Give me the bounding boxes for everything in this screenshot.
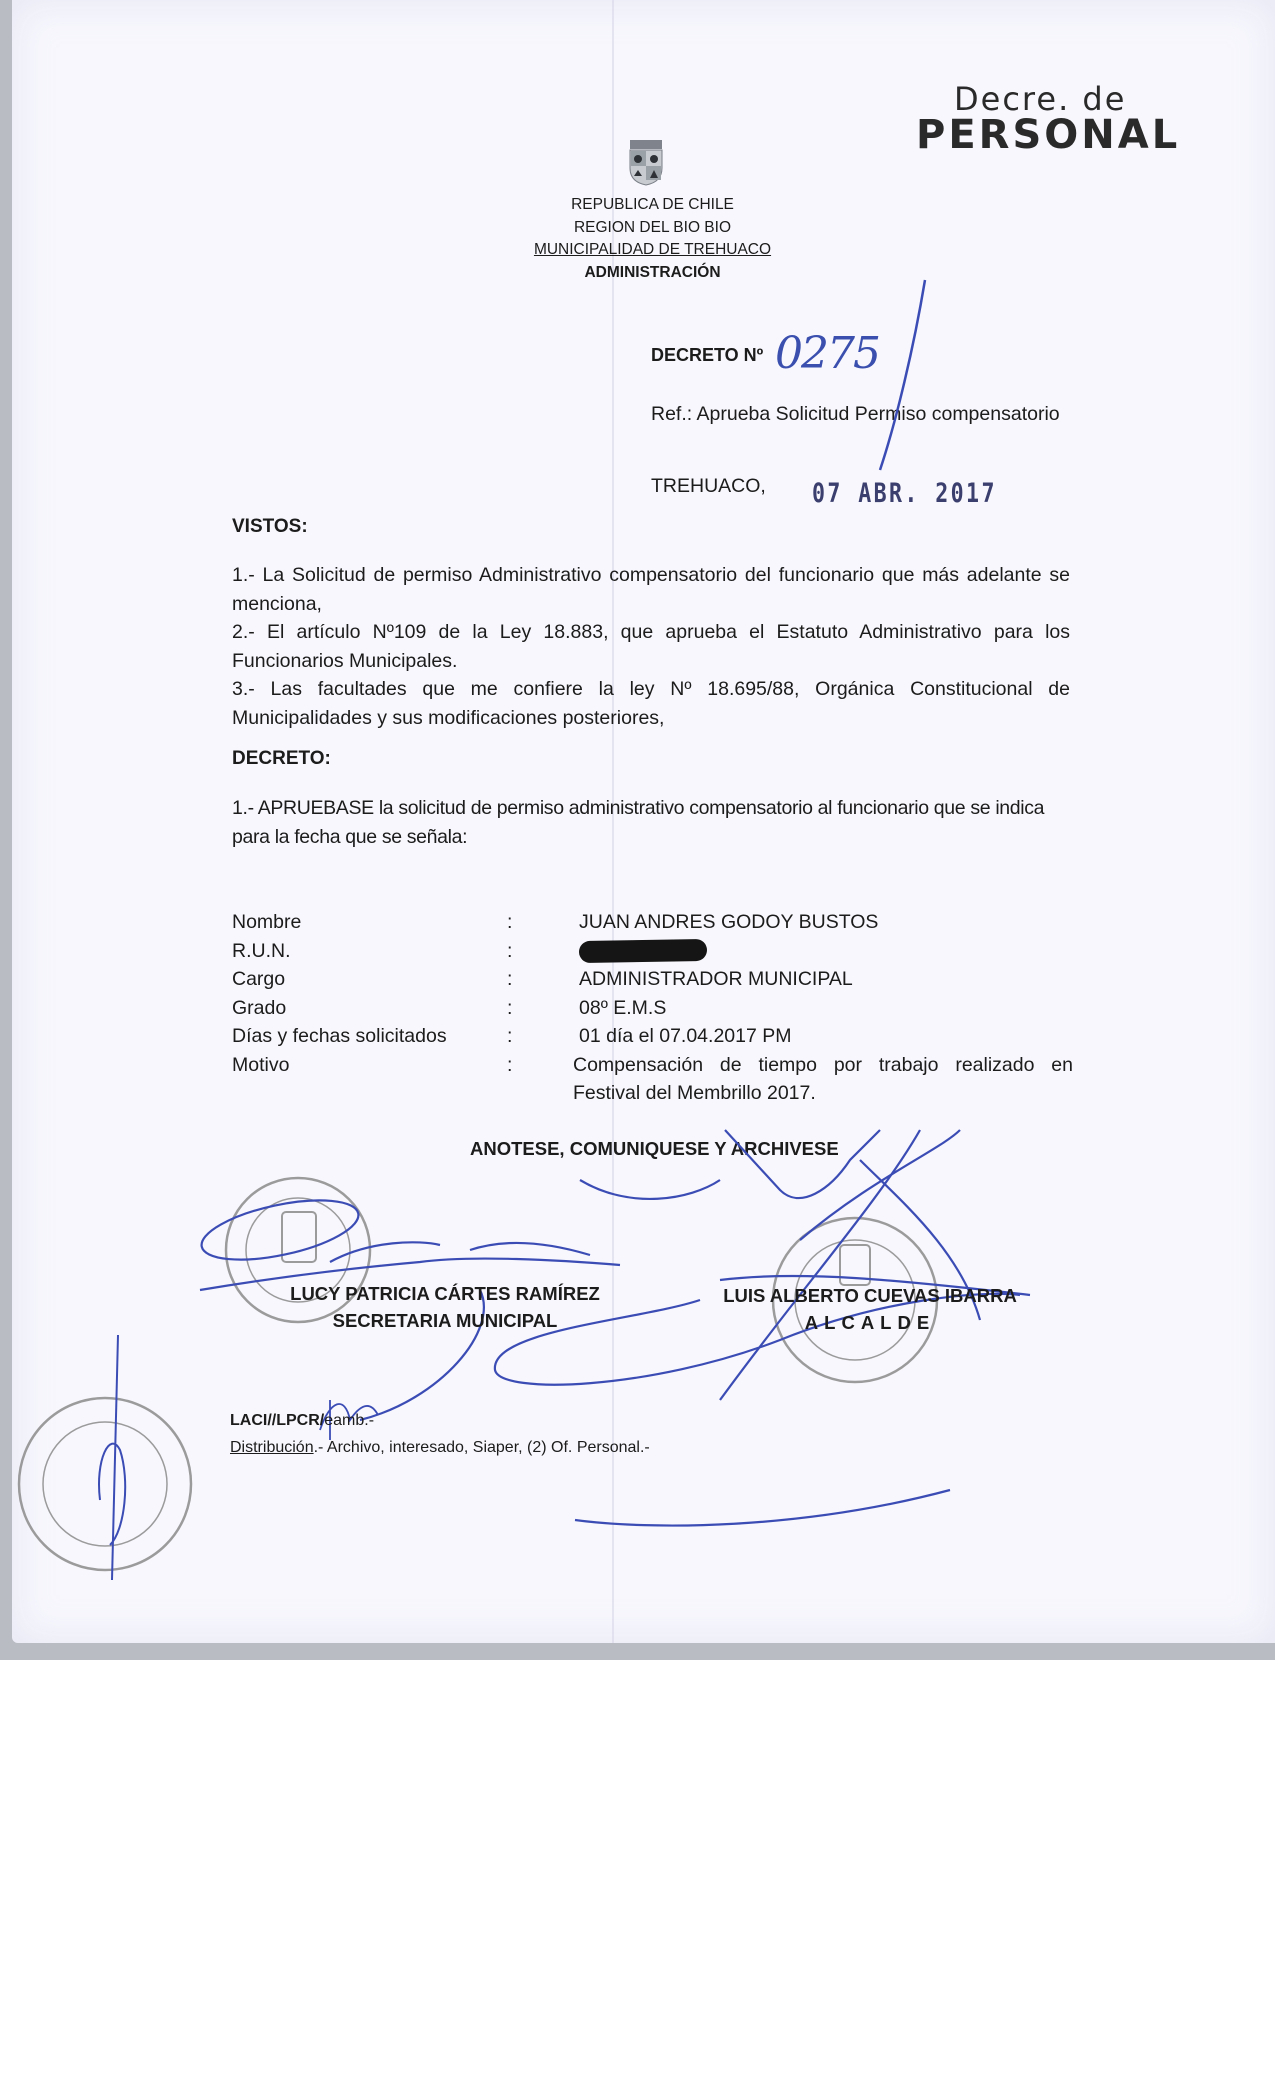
detail-value: 01 día el 07.04.2017 PM [579,1022,1079,1051]
decreto-heading: DECRETO: [232,748,331,770]
department: ADMINISTRACIÓN [500,262,805,285]
distribution-line: Distribución.- Archivo, interesado, Siap… [230,1439,650,1457]
detail-label: Grado [232,994,507,1023]
decreto-item-text: 1.- APRUEBASE la solicitud de permiso ad… [232,794,1070,851]
secretary-name: LUCY PATRICIA CÁRTES RAMÍREZ [235,1280,655,1307]
secretary-title: SECRETARIA MUNICIPAL [235,1307,655,1334]
decree-reference: Ref.: Aprueba Solicitud Permiso compensa… [651,403,1060,426]
detail-row: Grado : 08º E.M.S [232,994,1082,1023]
personal-decree-stamp: Decre. de PERSONAL [952,80,1192,158]
detail-separator: : [507,994,579,1023]
detail-label: Días y fechas solicitados [232,1022,507,1051]
distribution-text: .- Archivo, interesado, Siaper, (2) Of. … [314,1439,650,1456]
detail-row: Motivo : Compensación de tiempo por trab… [232,1051,1082,1108]
detail-label: Motivo [232,1051,507,1108]
detail-separator: : [507,1022,579,1051]
detail-value: 08º E.M.S [579,994,1079,1023]
mayor-name: LUIS ALBERTO CUEVAS IBARRA [705,1282,1035,1309]
drafting-initials: LACI//LPCR/eamb.- [230,1412,374,1430]
coat-of-arms-icon [626,140,666,186]
decree-number-handwritten: 0275 [775,328,879,379]
decree-number-label: DECRETO Nº [651,345,763,366]
mayor-title: ALCALDE [705,1309,1035,1336]
detail-value: ADMINISTRADOR MUNICIPAL [579,965,1079,994]
region: REGION DEL BIO BIO [500,217,805,240]
stamp-line2: PERSONAL [916,112,1192,158]
letterhead: REPUBLICA DE CHILE REGION DEL BIO BIO MU… [500,194,805,284]
detail-separator: : [507,908,579,937]
distribution-label: Distribución [230,1439,314,1456]
detail-value: JUAN ANDRES GODOY BUSTOS [579,908,1079,937]
detail-row: Días y fechas solicitados : 01 día el 07… [232,1022,1082,1051]
date-stamp: 07 ABR. 2017 [812,478,997,509]
detail-separator: : [507,937,579,966]
redaction-mark [579,939,707,963]
detail-label: Cargo [232,965,507,994]
detail-row: Nombre : JUAN ANDRES GODOY BUSTOS [232,908,1082,937]
detail-row: R.U.N. : [232,937,1082,966]
vistos-item: 1.- La Solicitud de permiso Administrati… [232,561,1070,618]
employee-details: Nombre : JUAN ANDRES GODOY BUSTOS R.U.N.… [232,908,1082,1108]
closing-formula: ANOTESE, COMUNIQUESE Y ARCHIVESE [470,1138,839,1160]
country: REPUBLICA DE CHILE [500,194,805,217]
decreto-item: 1.- APRUEBASE la solicitud de permiso ad… [232,794,1070,851]
detail-value [579,937,1079,966]
detail-label: R.U.N. [232,937,507,966]
vistos-item: 3.- Las facultades que me confiere la le… [232,675,1070,732]
decree-city: TREHUACO, [651,475,766,498]
detail-value: Compensación de tiempo por trabajo reali… [573,1051,1073,1108]
initials-code: LACI//LPCR/ [230,1412,324,1429]
detail-separator: : [507,965,579,994]
detail-row: Cargo : ADMINISTRADOR MUNICIPAL [232,965,1082,994]
vistos-list: 1.- La Solicitud de permiso Administrati… [232,561,1070,732]
detail-label: Nombre [232,908,507,937]
initials-suffix: eamb.- [324,1412,374,1429]
municipality: MUNICIPALIDAD DE TREHUACO [500,239,805,262]
detail-separator: : [507,1051,579,1108]
vistos-item: 2.- El artículo Nº109 de la Ley 18.883, … [232,618,1070,675]
secretary-signature-block: LUCY PATRICIA CÁRTES RAMÍREZ SECRETARIA … [235,1280,655,1334]
vistos-heading: VISTOS: [232,516,308,538]
mayor-signature-block: LUIS ALBERTO CUEVAS IBARRA ALCALDE [705,1282,1035,1336]
